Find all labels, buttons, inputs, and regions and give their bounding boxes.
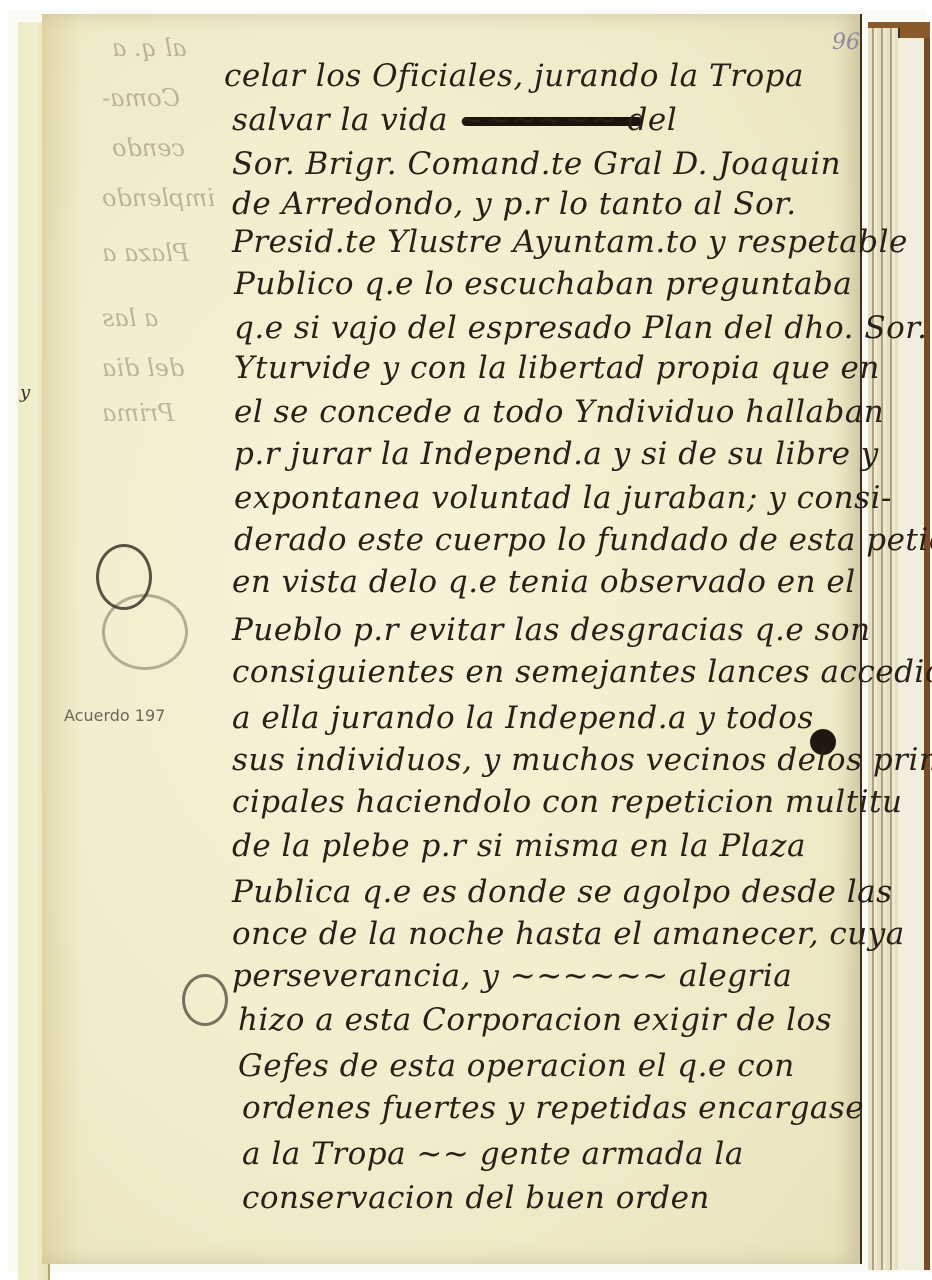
manuscript-page: al q. a Coma- cendo implendo Plaza a a l… [42, 14, 862, 1264]
gutter-shadow [42, 14, 82, 1264]
manuscript-line: Publico q.e lo escuchaban preguntaba [234, 266, 852, 302]
manuscript-line: a ella jurando la Independ.a y todos [232, 700, 814, 736]
bleed-through-text: cendo [112, 134, 185, 162]
manuscript-line: a la Tropa ~~ gente armada la [242, 1136, 744, 1172]
manuscript-line: hizo a esta Corporacion exigir de los [238, 1002, 832, 1038]
bleed-through-text: Coma- [102, 84, 180, 112]
manuscript-line: cipales haciendolo con repeticion multit… [232, 784, 903, 820]
manuscript-line: Yturvide y con la libertad propia que en [234, 350, 880, 386]
bleed-through-text: a las [102, 304, 158, 332]
manuscript-line: p.r jurar la Independ.a y si de su libre… [234, 436, 879, 472]
manuscript-line: Publica q.e es donde se agolpo desde las [232, 874, 893, 910]
bleed-through-text: Prima [102, 399, 174, 427]
manuscript-line: salvar la vida ~~~~~~ del [232, 102, 677, 138]
manuscript-line: celar los Oficiales, jurando la Tropa [224, 58, 804, 94]
manuscript-line: perseverancia, y ~~~~~~ alegria [232, 958, 792, 994]
manuscript-line: Pueblo p.r evitar las desgracias q.e son [232, 612, 871, 648]
manuscript-line: el se concede a todo Yndividuo hallaban [234, 394, 884, 430]
manuscript-line: Presid.te Ylustre Ayuntam.to y respetabl… [232, 224, 908, 260]
bleed-through-text: implendo [102, 184, 215, 212]
manuscript-line: en vista delo q.e tenia observado en el [232, 564, 856, 600]
manuscript-line: ordenes fuertes y repetidas encargase [242, 1090, 864, 1126]
facing-page-letter: y [20, 382, 30, 403]
page-edges-stack [868, 28, 900, 1270]
bleed-through-text: Plaza a [102, 239, 189, 267]
manuscript-line: Gefes de esta operacion el q.e con [238, 1048, 795, 1084]
manuscript-line: q.e si vajo del espresado Plan del dho. … [234, 310, 928, 346]
manuscript-line: derado este cuerpo lo fundado de esta pe… [234, 522, 932, 558]
manuscript-line: sus individuos, y muchos vecinos delos p… [232, 742, 932, 778]
manuscript-line: consiguientes en semejantes lances acced… [232, 654, 932, 690]
manuscript-line: expontanea voluntad la juraban; y consi- [234, 480, 892, 516]
manuscript-line: de Arredondo, y p.r lo tanto al Sor. [232, 186, 797, 222]
bleed-through-text: al q. a [112, 34, 187, 62]
margin-flourish [182, 974, 228, 1026]
manuscript-line: once de la noche hasta el amanecer, cuya [232, 916, 905, 952]
folio-number: 96 [832, 30, 860, 55]
margin-flourish [102, 594, 188, 670]
manuscript-line: de la plebe p.r si misma en la Plaza [232, 828, 806, 864]
manuscript-line: conservacion del buen orden [242, 1180, 710, 1216]
pencil-margin-note: Acuerdo 197 [64, 706, 165, 725]
bleed-through-text: del dia [102, 354, 184, 382]
manuscript-line: Sor. Brigr. Comand.te Gral D. Joaquin [232, 146, 841, 182]
